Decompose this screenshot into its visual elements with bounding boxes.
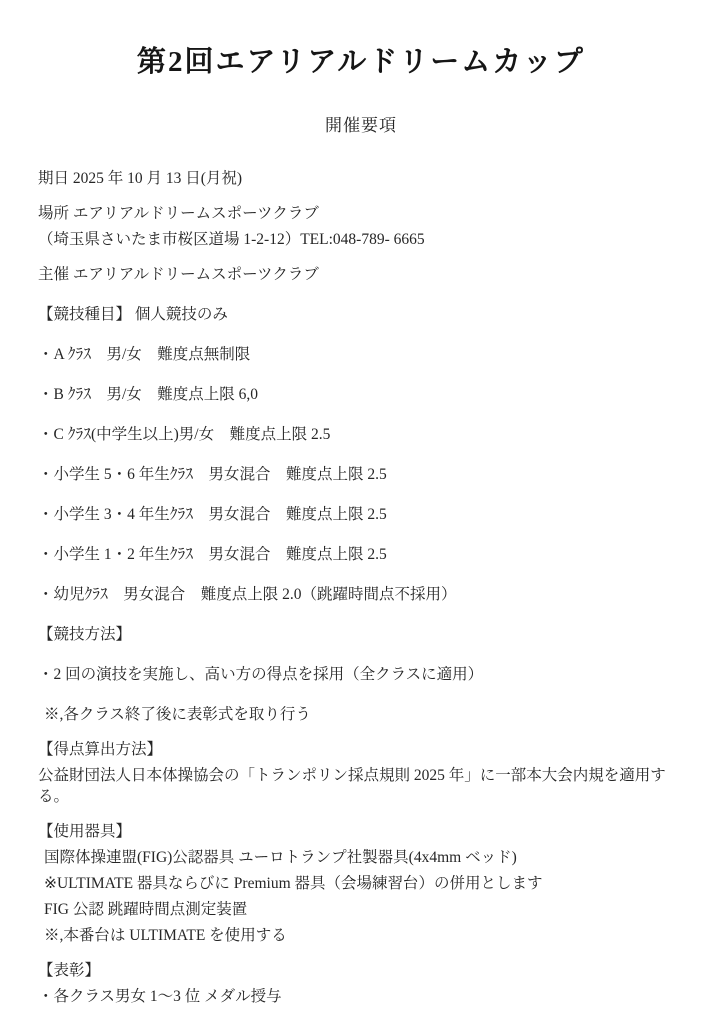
document-page: 第2回エアリアルドリームカップ 開催要項 期日 2025 年 10 月 13 日… <box>0 0 722 1024</box>
page-title: 第2回エアリアルドリームカップ <box>0 0 722 82</box>
line-class-b: ・B ｸﾗｽ 男/女 難度点上限 6,0 <box>38 384 690 405</box>
page-subtitle: 開催要項 <box>0 114 722 138</box>
line-date: 期日 2025 年 10 月 13 日(月祝) <box>38 168 690 189</box>
line-class-es34: ・小学生 3・4 年生ｸﾗｽ 男女混合 難度点上限 2.5 <box>38 504 690 525</box>
line-venue: 場所 エアリアルドリームスポーツクラブ <box>38 203 690 224</box>
line-awards-detail: ・各クラス男女 1～3 位 メダル授与 <box>38 986 690 1007</box>
line-class-infant: ・幼児ｸﾗｽ 男女混合 難度点上限 2.0（跳躍時間点不採用） <box>38 584 690 605</box>
line-venue-address: （埼玉県さいたま市桜区道場 1-2-12）TEL:048-789- 6665 <box>38 229 690 250</box>
line-method-detail: ・2 回の演技を実施し、高い方の得点を採用（全クラスに適用） <box>38 664 690 685</box>
line-scoring-detail: 公益財団法人日本体操協会の「トランポリン採点規則 2025 年」に一部本大会内規… <box>38 765 690 807</box>
line-equip-heading: 【使用器具】 <box>38 821 690 842</box>
line-class-a: ・A ｸﾗｽ 男/女 難度点無制限 <box>38 344 690 365</box>
line-scoring-heading: 【得点算出方法】 <box>38 739 690 760</box>
line-class-es56: ・小学生 5・6 年生ｸﾗｽ 男女混合 難度点上限 2.5 <box>38 464 690 485</box>
line-class-c: ・C ｸﾗｽ(中学生以上)男/女 難度点上限 2.5 <box>38 424 690 445</box>
line-awards-heading: 【表彰】 <box>38 960 690 981</box>
line-equip-4: ※,本番台は ULTIMATE を使用する <box>38 925 690 946</box>
document-body: 期日 2025 年 10 月 13 日(月祝)場所 エアリアルドリームスポーツク… <box>0 138 722 1007</box>
line-equip-3: FIG 公認 跳躍時間点測定装置 <box>38 899 690 920</box>
line-method-heading: 【競技方法】 <box>38 624 690 645</box>
line-event-heading: 【競技種目】 個人競技のみ <box>38 304 690 325</box>
line-class-es12: ・小学生 1・2 年生ｸﾗｽ 男女混合 難度点上限 2.5 <box>38 544 690 565</box>
line-organizer: 主催 エアリアルドリームスポーツクラブ <box>38 264 690 285</box>
line-equip-2: ※ULTIMATE 器具ならびに Premium 器具（会場練習台）の併用としま… <box>38 873 690 894</box>
line-equip-1: 国際体操連盟(FIG)公認器具 ユーロトランプ社製器具(4x4mm ベッド) <box>38 847 690 868</box>
line-method-note: ※,各クラス終了後に表彰式を取り行う <box>38 704 690 725</box>
